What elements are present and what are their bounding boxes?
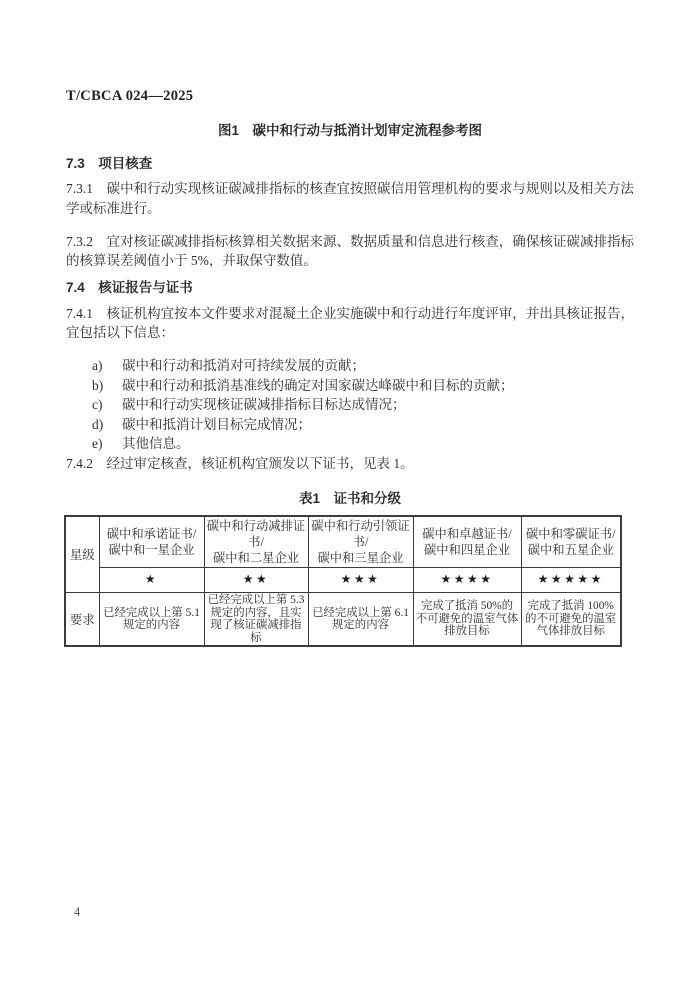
list-text: 其他信息。 (122, 434, 634, 454)
heading-7-3: 7.3 项目核查 (66, 152, 634, 172)
cert-name-1: 碳中和承诺证书/ 碳中和一星企业 (99, 516, 204, 568)
table-row-requirements: 要求 已经完成以上第 5.1 规定的内容 已经完成以上第 5.3 规定的内容，且… (65, 592, 621, 646)
list-text: 碳中和行动和抵消基准线的确定对国家碳达峰碳中和目标的贡献； (122, 376, 634, 396)
clause-7-3-2: 7.3.2 宜对核证碳减排指标核算相关数据来源、数据质量和信息进行核查，确保核证… (66, 232, 634, 271)
list-marker: b) (92, 376, 122, 396)
requirement-4: 完成了抵消 50%的不可避免的温室气体排放目标 (413, 592, 521, 646)
clause-7-4-2: 7.4.2 经过审定核查，核证机构宜颁发以下证书，见表 1。 (66, 454, 634, 474)
clause-7-3-1: 7.3.1 碳中和行动实现核证碳减排指标的核查宜按照碳信用管理机构的要求与规则以… (66, 179, 634, 218)
list-marker: d) (92, 415, 122, 435)
list-text: 碳中和抵消计划目标完成情况； (122, 415, 634, 435)
list-text: 碳中和行动实现核证碳减排指标目标达成情况； (122, 395, 634, 415)
cert-name-3: 碳中和行动引领证书/ 碳中和三星企业 (308, 516, 413, 568)
list-text: 碳中和行动和抵消对可持续发展的贡献； (122, 356, 634, 376)
list-item-c: c) 碳中和行动实现核证碳减排指标目标达成情况； (92, 395, 634, 415)
document-page: T/CBCA 024—2025 图1 碳中和行动与抵消计划审定流程参考图 7.3… (0, 0, 700, 990)
star-rating-5: ★★★★★ (521, 567, 621, 592)
page-number: 4 (74, 905, 80, 920)
star-rating-2: ★★ (204, 567, 308, 592)
list-marker: e) (92, 434, 122, 454)
star-rating-3: ★★★ (308, 567, 413, 592)
list-marker: c) (92, 395, 122, 415)
star-rating-4: ★★★★ (413, 567, 521, 592)
table-1-title: 表1 证书和分级 (66, 487, 634, 507)
requirement-2: 已经完成以上第 5.3 规定的内容，且实现了核证碳减排指标 (204, 592, 308, 646)
list-item-d: d) 碳中和抵消计划目标完成情况； (92, 415, 634, 435)
cert-name-4: 碳中和卓越证书/ 碳中和四星企业 (413, 516, 521, 568)
clause-7-4-1: 7.4.1 核证机构宜按本文件要求对混凝土企业实施碳中和行动进行年度评审，并出具… (66, 304, 634, 343)
page-content: T/CBCA 024—2025 图1 碳中和行动与抵消计划审定流程参考图 7.3… (66, 88, 634, 647)
row-label-requirement: 要求 (65, 592, 99, 646)
clause-7-4-1-list: a) 碳中和行动和抵消对可持续发展的贡献； b) 碳中和行动和抵消基准线的确定对… (66, 356, 634, 454)
star-rating-1: ★ (99, 567, 204, 592)
cert-name-5: 碳中和零碳证书/ 碳中和五星企业 (521, 516, 621, 568)
row-label-star-level: 星级 (65, 516, 99, 593)
list-marker: a) (92, 356, 122, 376)
requirement-1: 已经完成以上第 5.1 规定的内容 (99, 592, 204, 646)
list-item-e: e) 其他信息。 (92, 434, 634, 454)
figure-1-caption: 图1 碳中和行动与抵消计划审定流程参考图 (66, 119, 634, 139)
list-item-a: a) 碳中和行动和抵消对可持续发展的贡献； (92, 356, 634, 376)
table-row-stars: ★ ★★ ★★★ ★★★★ ★★★★★ (65, 567, 621, 592)
cert-name-2: 碳中和行动减排证书/ 碳中和二星企业 (204, 516, 308, 568)
table-row-cert-names: 星级 碳中和承诺证书/ 碳中和一星企业 碳中和行动减排证书/ 碳中和二星企业 碳… (65, 516, 621, 568)
requirement-3: 已经完成以上第 6.1 规定的内容 (308, 592, 413, 646)
certificate-grading-table: 星级 碳中和承诺证书/ 碳中和一星企业 碳中和行动减排证书/ 碳中和二星企业 碳… (64, 515, 622, 647)
requirement-5: 完成了抵消 100%的不可避免的温室气体排放目标 (521, 592, 621, 646)
doc-code-header: T/CBCA 024—2025 (66, 88, 634, 105)
list-item-b: b) 碳中和行动和抵消基准线的确定对国家碳达峰碳中和目标的贡献； (92, 376, 634, 396)
heading-7-4: 7.4 核证报告与证书 (66, 276, 634, 296)
